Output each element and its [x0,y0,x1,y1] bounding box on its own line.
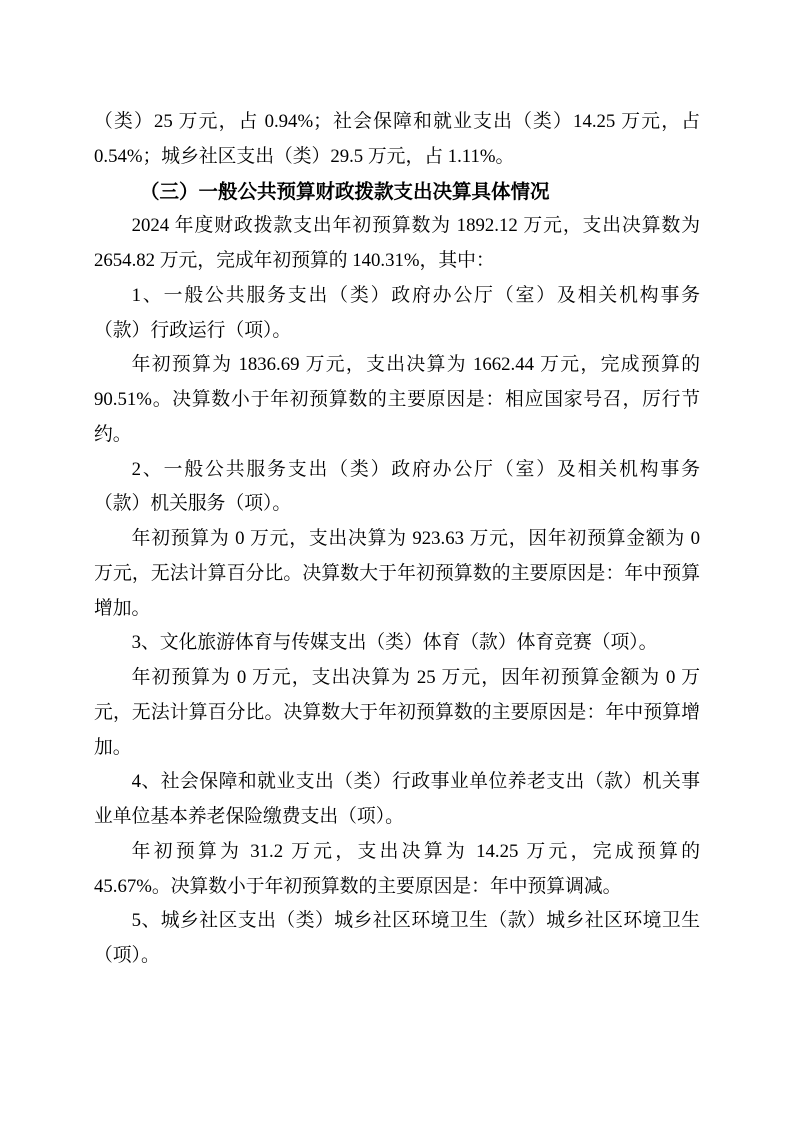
paragraph-line: 增加。 [94,592,700,627]
paragraph-line: 加。 [94,731,700,766]
paragraph-line: 2654.82 万元，完成年初预算的 140.31%，其中： [94,244,700,279]
paragraph-line: （类）25 万元，占 0.94%；社会保障和就业支出（类）14.25 万元，占 [94,105,700,140]
paragraph-line: 5、城乡社区支出（类）城乡社区环境卫生（款）城乡社区环境卫生 [94,904,700,939]
paragraph-line: 90.51%。决算数小于年初预算数的主要原因是：相应国家号召，厉行节 [94,383,700,418]
paragraph-line: （项）。 [94,939,700,974]
paragraph-line: 2、一般公共服务支出（类）政府办公厅（室）及相关机构事务 [94,453,700,488]
paragraph-line: 1、一般公共服务支出（类）政府办公厅（室）及相关机构事务 [94,279,700,314]
paragraph-line: 元，无法计算百分比。决算数大于年初预算数的主要原因是：年中预算增 [94,696,700,731]
page-content: （类）25 万元，占 0.94%；社会保障和就业支出（类）14.25 万元，占 … [94,105,700,974]
paragraph-line: 45.67%。决算数小于年初预算数的主要原因是：年中预算调减。 [94,870,700,905]
paragraph-line: （款）机关服务（项）。 [94,487,700,522]
section-heading: （三）一般公共预算财政拨款支出决算具体情况 [94,175,700,210]
document-page: （类）25 万元，占 0.94%；社会保障和就业支出（类）14.25 万元，占 … [0,0,793,1122]
paragraph-line: 业单位基本养老保险缴费支出（项）。 [94,800,700,835]
paragraph-line: 年初预算为 31.2 万元，支出决算为 14.25 万元，完成预算的 [94,835,700,870]
paragraph-line: （款）行政运行（项）。 [94,314,700,349]
paragraph-line: 2024 年度财政拨款支出年初预算数为 1892.12 万元，支出决算数为 [94,209,700,244]
paragraph-line: 约。 [94,418,700,453]
paragraph-line: 0.54%；城乡社区支出（类）29.5 万元，占 1.11%。 [94,140,700,175]
paragraph-line: 3、文化旅游体育与传媒支出（类）体育（款）体育竞赛（项）。 [94,626,700,661]
paragraph-line: 年初预算为 1836.69 万元，支出决算为 1662.44 万元，完成预算的 [94,348,700,383]
paragraph-line: 年初预算为 0 万元，支出决算为 25 万元，因年初预算金额为 0 万 [94,661,700,696]
paragraph-line: 年初预算为 0 万元，支出决算为 923.63 万元，因年初预算金额为 0 [94,522,700,557]
paragraph-line: 万元，无法计算百分比。决算数大于年初预算数的主要原因是：年中预算 [94,557,700,592]
paragraph-line: 4、社会保障和就业支出（类）行政事业单位养老支出（款）机关事 [94,765,700,800]
